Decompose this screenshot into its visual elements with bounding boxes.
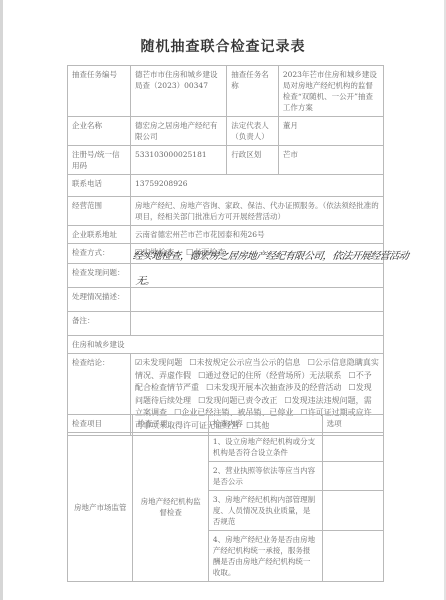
address-label: 企业联系地址 xyxy=(68,226,131,244)
reg-no-label: 注册号/统一信用码 xyxy=(68,146,131,175)
reg-no-value: 533103000025181 xyxy=(131,146,227,175)
content-cell: 4、房地产经纪业务是否由房地产经纪机构统一承接，服务报酬是否由房地产经纪机构统一… xyxy=(208,531,322,582)
department-row: 住房和城乡建设 xyxy=(68,336,384,354)
conclusion-option[interactable]: ☐未发现开展本次抽查涉及的经营活动 xyxy=(206,383,341,392)
scan-left-edge xyxy=(0,0,3,600)
remarks-label: 备注： xyxy=(68,312,131,336)
company-label: 企业名称 xyxy=(68,117,131,146)
option-cell[interactable] xyxy=(322,531,383,582)
issues-cell xyxy=(131,264,384,288)
header-project: 检查项目 xyxy=(68,415,133,433)
issues-handwritten-value: 经实地检查，德宏房之居房地产经纪有限公司，依法开展经营活动 xyxy=(132,247,410,262)
scope-label: 经营范围 xyxy=(68,197,131,226)
task-no-value: 德芒市市住房和城乡建设局查（2023）00347 xyxy=(131,66,227,117)
option-cell[interactable] xyxy=(322,462,383,491)
content-cell: 3、房地产经纪机构内部管理制度、人员情况及执业质量，是否规范 xyxy=(208,491,322,531)
task-no-label: 抽查任务编号 xyxy=(68,66,131,117)
inspection-items-table: 检查项目 检查子项 检查内容 选项 房地产市场监管 房地产经纪机构监督检查 1、… xyxy=(67,414,384,582)
phone-value: 13759208926 xyxy=(131,175,384,197)
document-title: 随机抽查联合检查记录表 xyxy=(0,36,446,56)
scope-value: 房地产经纪、房地产咨询、家政、保洁、代办证照服务。（依法须经批准的项目，经相关部… xyxy=(131,197,384,226)
subitem-cell: 房地产经纪机构监督检查 xyxy=(133,433,208,582)
content-cell: 1、设立房地产经纪机构或分支机构是否符合设立条件 xyxy=(208,433,322,462)
district-label: 行政区划 xyxy=(227,146,279,175)
project-cell: 房地产市场监管 xyxy=(68,433,133,582)
phone-label: 联系电话 xyxy=(68,175,131,197)
header-content: 检查内容 xyxy=(208,415,322,433)
header-subitem: 检查子项 xyxy=(133,415,208,433)
method-label: 检查方式： xyxy=(68,244,131,264)
conclusion-option[interactable]: ☐未按规定公示应当公示的信息 xyxy=(189,358,300,367)
option-cell[interactable] xyxy=(322,433,383,462)
handling-label: 处理情况描述： xyxy=(68,288,131,312)
legal-rep-label: 法定代表人（负责人） xyxy=(227,117,279,146)
company-value: 德宏房之居房地产经纪有限公司 xyxy=(131,117,227,146)
task-name-label: 抽查任务名称 xyxy=(227,66,279,117)
remarks-value xyxy=(131,312,384,336)
conclusion-option[interactable]: ☐通过登记的住所（经营场所）无法联系 xyxy=(198,371,341,380)
district-value: 芒市 xyxy=(278,146,383,175)
handling-handwritten-value: 无。 xyxy=(135,272,156,287)
legal-rep-value: 董月 xyxy=(278,117,383,146)
conclusion-option[interactable]: ☐发现问题已责令改正 xyxy=(198,396,277,405)
address-value: 云南省德宏州芒市芒市花园泰和苑26号 xyxy=(131,226,384,244)
conclusion-option[interactable]: ☑未发现问题 xyxy=(135,358,182,367)
issues-label: 检查发现问题： xyxy=(68,264,131,288)
option-cell[interactable] xyxy=(322,491,383,531)
content-cell: 2、营业执照等依法等应当内容是否公示 xyxy=(208,462,322,491)
task-name-value: 2023年芒市住房和城乡建设局对房地产经纪机构的监督检查“双随机、一公开”抽查工… xyxy=(278,66,383,117)
header-option: 选项 xyxy=(322,415,383,433)
handling-cell xyxy=(131,288,384,312)
